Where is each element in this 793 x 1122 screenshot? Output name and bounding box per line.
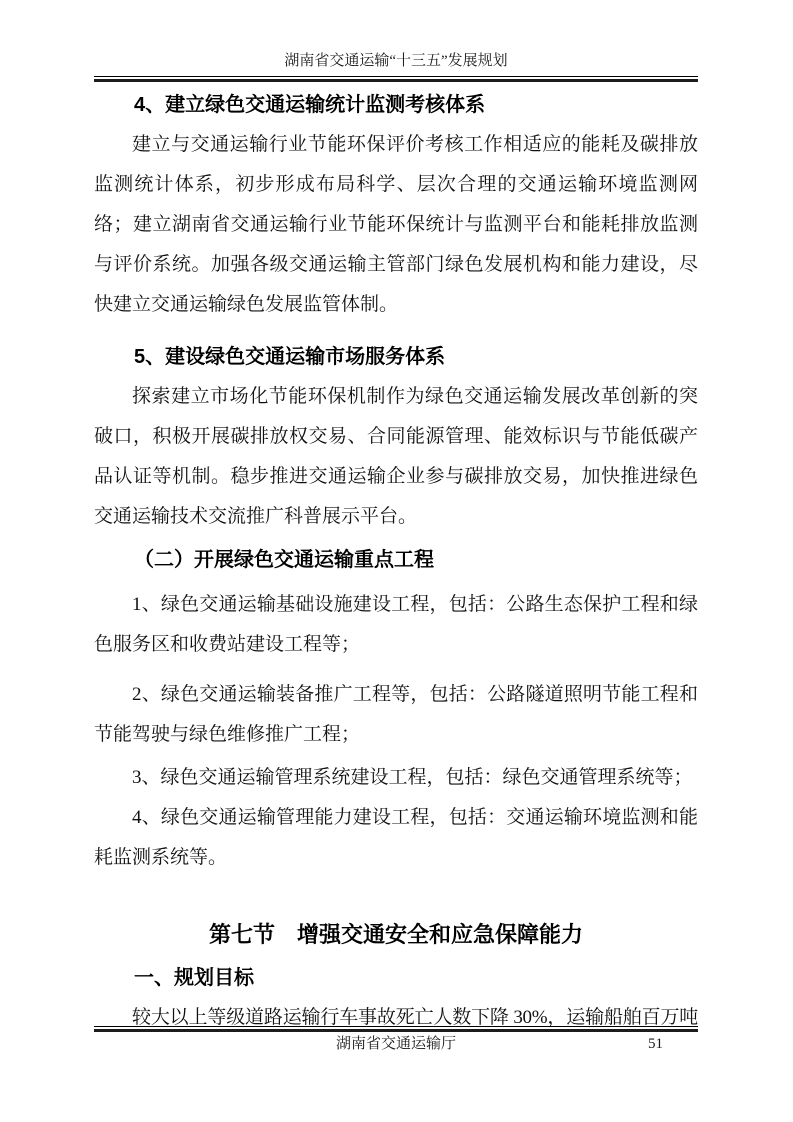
header-rule-thin-line [94,76,698,77]
header-double-rule [94,76,698,82]
footer-rule-thick-line [94,1029,698,1032]
para-market-mechanism: 探索建立市场化节能环保机制作为绿色交通运输发展改革创新的突破口，积极开展碳排放权… [94,377,698,537]
document-page: 湖南省交通运输“十三五”发展规划 4、建立绿色交通运输统计监测考核体系 建立与交… [0,0,793,1122]
para-project-1-infrastructure: 1、绿色交通运输基础设施建设工程，包括：公路生态保护工程和绿色服务区和收费站建设… [94,585,698,665]
para-project-4-management-capacity: 4、绿色交通运输管理能力建设工程，包括：交通运输环境监测和能耗监测系统等。 [94,798,698,878]
para-project-3-management-system: 3、绿色交通运输管理系统建设工程，包括：绿色交通管理系统等； [94,758,698,798]
para-planning-goal-intro: 较大以上等级道路运输行车事故死亡人数下降 30%，运输船舶百万吨 [94,998,698,1038]
heading-green-transport-statistics-system: 4、建立绿色交通运输统计监测考核体系 [94,85,698,125]
page-footer-department: 湖南省交通运输厅 [94,1033,698,1055]
para-project-2-equipment-promotion: 2、绿色交通运输装备推广工程等，包括：公路隧道照明节能工程和节能驾驶与绿色维修推… [94,675,698,755]
heading-key-green-transport-projects: （二）开展绿色交通运输重点工程 [94,540,698,580]
footer-rule-thin-line [94,1026,698,1027]
footer-double-rule [94,1026,698,1032]
page-header-title: 湖南省交通运输“十三五”发展规划 [94,51,698,71]
document-body: 4、建立绿色交通运输统计监测考核体系 建立与交通运输行业节能环保评价考核工作相适… [94,85,698,1038]
section-title-chapter-7-safety-emergency: 第七节 增强交通安全和应急保障能力 [94,915,698,955]
heading-green-transport-market-service-system: 5、建设绿色交通运输市场服务体系 [94,337,698,377]
header-rule-thick-line [94,79,698,82]
page-number: 51 [648,1033,663,1055]
heading-planning-goals: 一、规划目标 [94,958,698,998]
para-monitoring-statistics-system: 建立与交通运输行业节能环保评价考核工作相适应的能耗及碳排放监测统计体系，初步形成… [94,125,698,325]
